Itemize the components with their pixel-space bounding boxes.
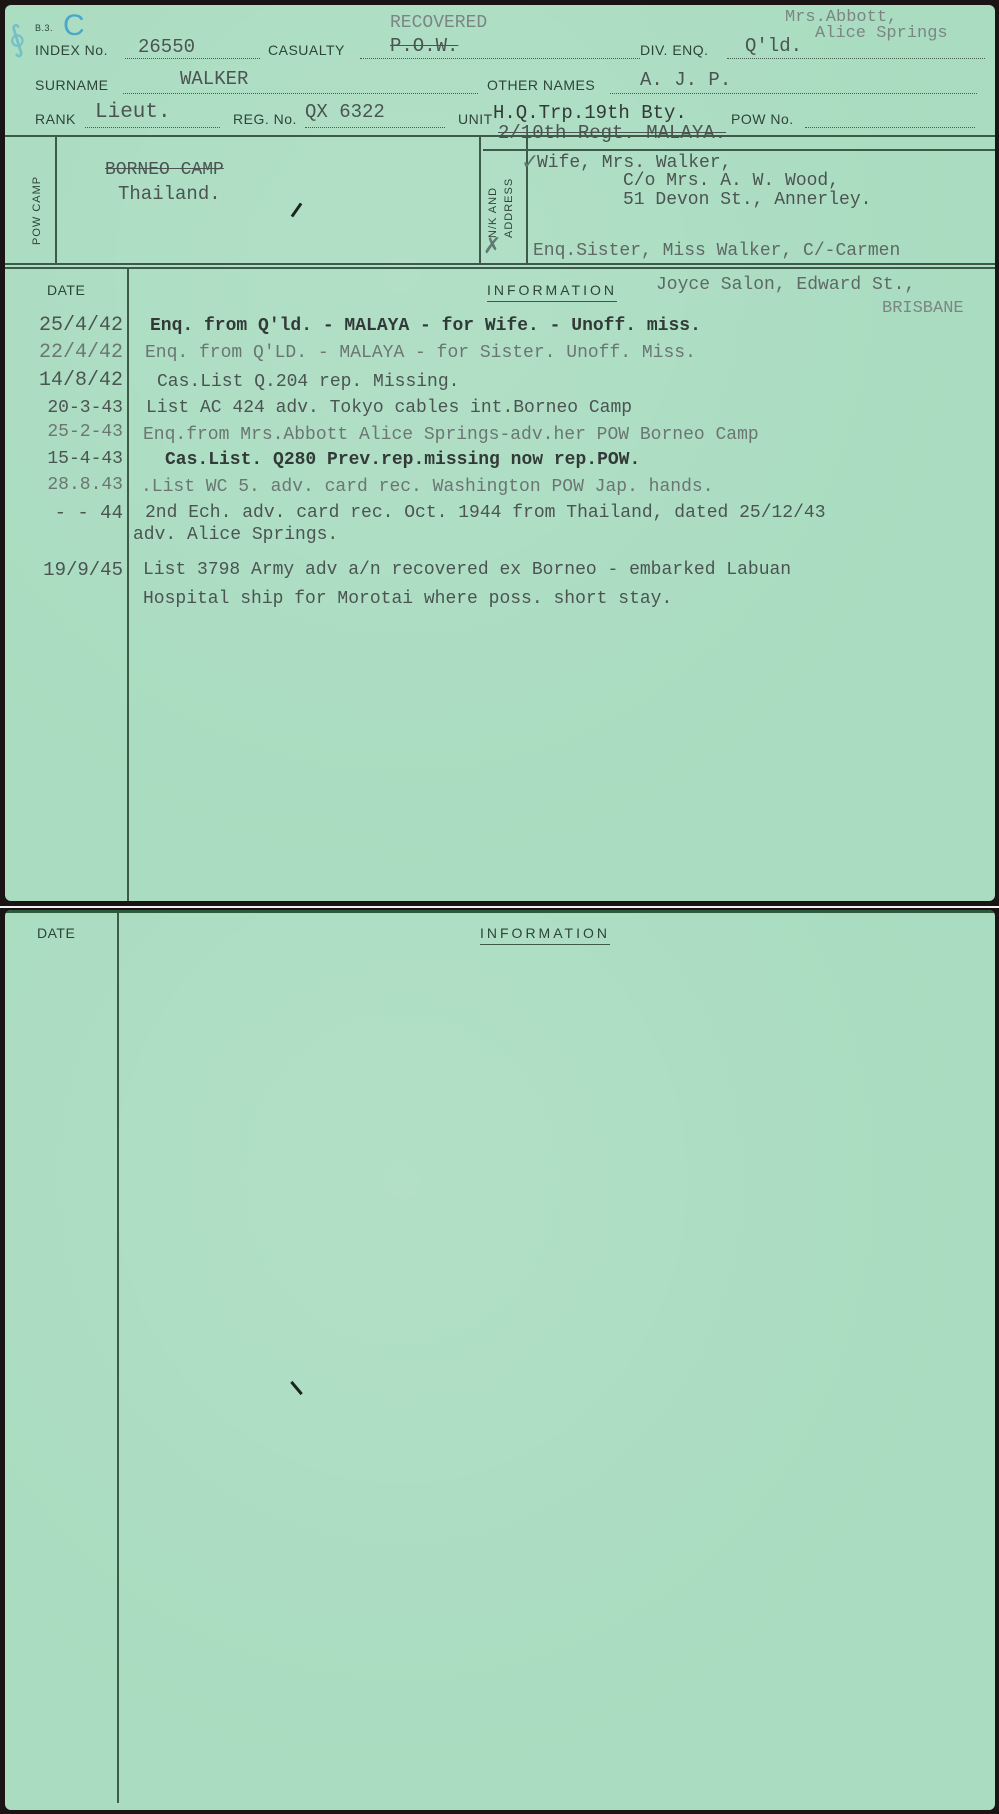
- surname-value: WALKER: [180, 68, 248, 90]
- log-date: 25/4/42: [39, 314, 123, 337]
- nk-enq-line-3: BRISBANE: [882, 299, 964, 318]
- log-info-cont: Hospital ship for Morotai where poss. sh…: [143, 589, 672, 609]
- reg-no-label: REG. No.: [233, 111, 297, 127]
- index-no-line: [125, 58, 260, 59]
- div-enq-annotation-2: Alice Springs: [815, 24, 948, 43]
- nk-enq-line-2: Joyce Salon, Edward St.,: [656, 275, 915, 295]
- log-info-cont: adv. Alice Springs.: [133, 525, 338, 545]
- ink-tick-mark: [291, 203, 303, 218]
- pen-mark-c: C: [63, 9, 85, 43]
- div-enq-label: DIV. ENQ.: [640, 42, 709, 58]
- log-date: 28.8.43: [47, 475, 123, 495]
- index-card-back: DATE INFORMATION: [5, 910, 995, 1810]
- reg-no-value: QX 6322: [305, 101, 385, 123]
- recovered-stamp: RECOVERED: [390, 13, 487, 33]
- casualty-line: [360, 58, 640, 59]
- card-separator: [0, 906, 999, 908]
- unit-value: H.Q.Trp.19th Bty.: [493, 102, 687, 124]
- date-header: DATE: [47, 282, 85, 298]
- nk-enq-line: Enq.Sister, Miss Walker, C/-Carmen: [533, 241, 900, 261]
- log-date: - - 44: [55, 502, 123, 524]
- other-names-value: A. J. P.: [640, 69, 731, 91]
- date-column-divider: [127, 269, 129, 901]
- other-names-label: OTHER NAMES: [487, 77, 595, 93]
- log-date: 25-2-43: [47, 422, 123, 442]
- log-date: 19/9/45: [43, 559, 123, 581]
- log-info: .List WC 5. adv. card rec. Washington PO…: [141, 477, 714, 497]
- pow-camp-divider: [55, 135, 57, 263]
- log-info: Cas.List Q.204 rep. Missing.: [157, 372, 459, 392]
- reg-no-line: [305, 127, 445, 128]
- surname-label: SURNAME: [35, 77, 109, 93]
- nk-address-line-1: Wife, Mrs. Walker,: [537, 153, 731, 173]
- pen-mark-scribble: ∮: [5, 17, 32, 61]
- nk-address-line-2: C/o Mrs. A. W. Wood,: [623, 171, 839, 191]
- unit-value-line2: 2/10th Regt. MALAYA.: [498, 122, 726, 144]
- card-back-top-edge: [5, 910, 995, 913]
- log-info: Enq. from Q'ld. - MALAYA - for Wife. - U…: [150, 316, 701, 336]
- index-no-label: INDEX No.: [35, 42, 108, 58]
- nk-address-line-3: 51 Devon St., Annerley.: [623, 190, 871, 210]
- log-date: 14/8/42: [39, 369, 123, 392]
- ink-mark: [290, 1381, 303, 1395]
- log-info: Enq. from Q'LD. - MALAYA - for Sister. U…: [145, 343, 696, 363]
- cross-mark: ✗: [483, 233, 501, 259]
- box-top-border: [5, 135, 995, 137]
- nk-label-line1: N/K AND: [487, 187, 499, 238]
- casualty-label: CASUALTY: [268, 42, 345, 58]
- rank-label: RANK: [35, 111, 76, 127]
- rank-value: Lieut.: [95, 101, 171, 124]
- box-bottom-border: [5, 263, 995, 265]
- nk-left-divider: [479, 135, 481, 263]
- pow-camp-value: Thailand.: [118, 183, 221, 205]
- unit-label: UNIT: [458, 111, 493, 127]
- casualty-value: P.O.W.: [390, 35, 458, 57]
- date-column-divider: [117, 913, 119, 1803]
- log-date: 15-4-43: [47, 449, 123, 469]
- surname-line: [123, 93, 478, 94]
- other-names-line: [610, 93, 977, 94]
- rank-line: [85, 127, 220, 128]
- log-info: Enq.from Mrs.Abbott Alice Springs-adv.he…: [143, 425, 759, 445]
- log-date: 22/4/42: [39, 341, 123, 364]
- nk-label-line2: ADDRESS: [503, 178, 515, 238]
- log-info: List AC 424 adv. Tokyo cables int.Borneo…: [146, 398, 632, 418]
- pow-camp-struck-value: BORNEO CAMP: [105, 160, 224, 180]
- log-info: Cas.List. Q280 Prev.rep.missing now rep.…: [165, 450, 640, 470]
- log-date: 20-3-43: [47, 398, 123, 418]
- index-no-value: 26550: [138, 36, 195, 58]
- index-card-front: ∮ B.3. C INDEX No. 26550 CASUALTY RECOVE…: [5, 5, 995, 901]
- div-enq-value: Q'ld.: [745, 35, 802, 57]
- log-info: 2nd Ech. adv. card rec. Oct. 1944 from T…: [145, 503, 826, 523]
- information-header: INFORMATION: [480, 925, 610, 945]
- nk-top-rule: [483, 149, 995, 151]
- div-enq-line: [727, 58, 985, 59]
- date-header: DATE: [37, 925, 75, 941]
- pow-camp-label: POW CAMP: [31, 176, 43, 245]
- information-header: INFORMATION: [487, 282, 617, 302]
- log-info: List 3798 Army adv a/n recovered ex Born…: [143, 560, 791, 580]
- form-code: B.3.: [35, 23, 53, 33]
- pow-no-line: [805, 127, 975, 128]
- pow-no-label: POW No.: [731, 111, 794, 127]
- box-bottom-border-2: [5, 267, 995, 269]
